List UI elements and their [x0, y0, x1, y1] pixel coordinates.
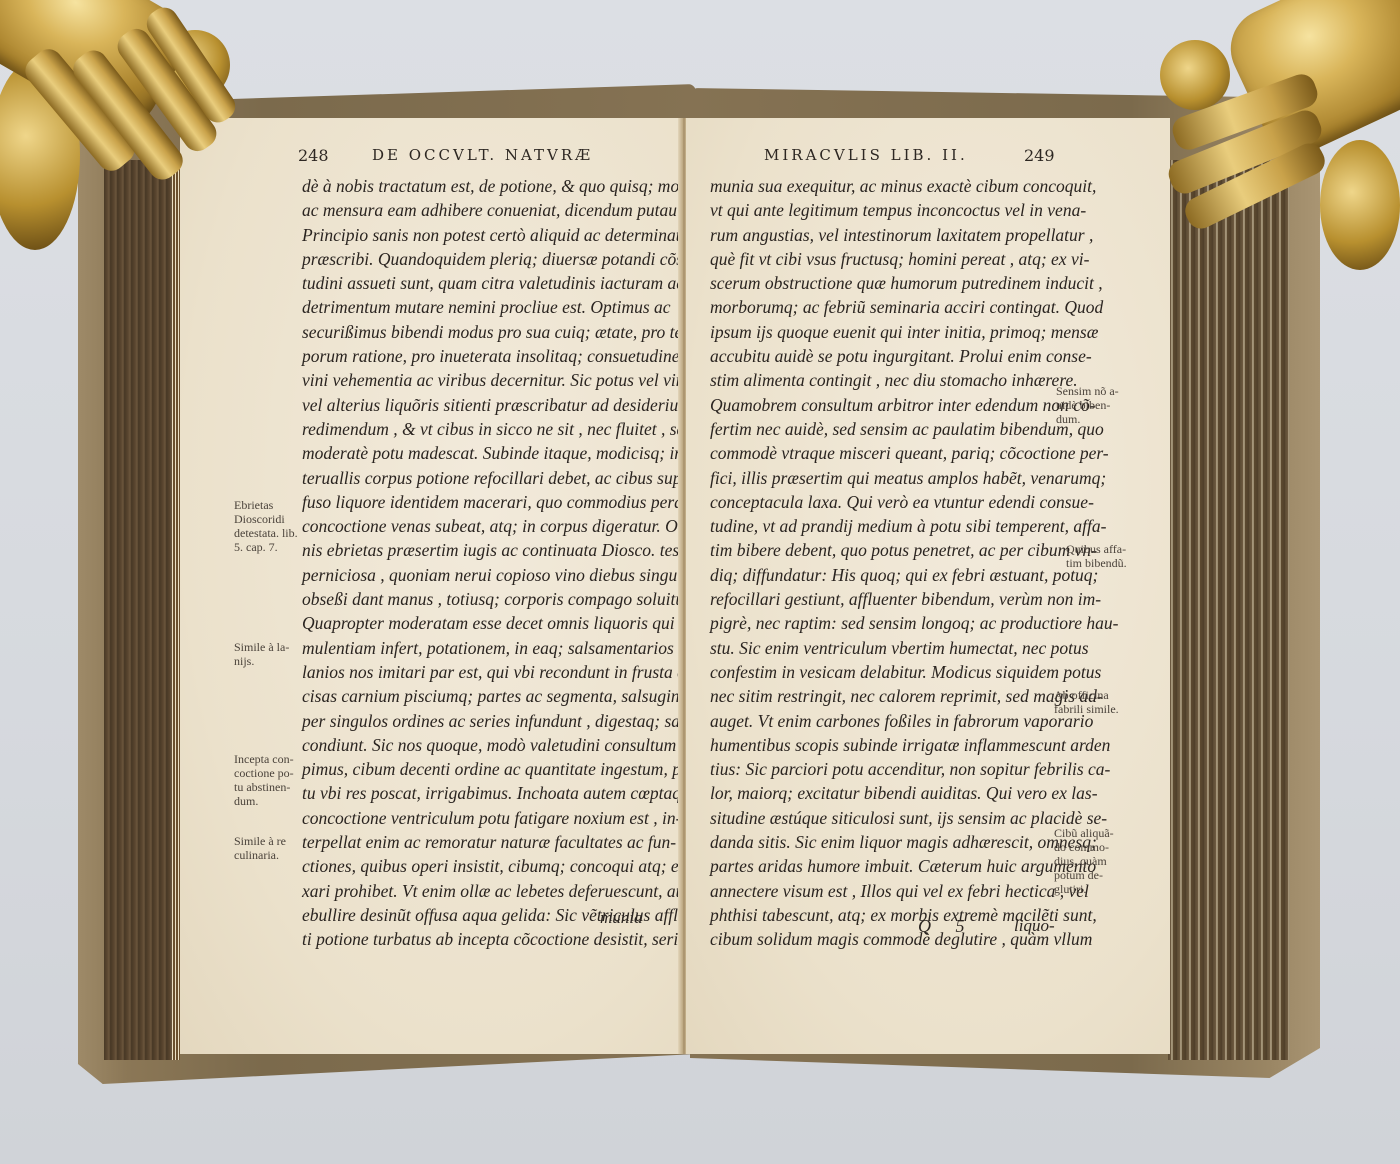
catchword: liquo- — [1014, 916, 1055, 936]
text-line: mulentiam infert, potationem, in eaq; sa… — [302, 636, 715, 660]
marginal-note: Simile à re culinaria. — [234, 834, 286, 862]
page-number: 249 — [1024, 146, 1055, 165]
text-line: tudini assueti sunt, quam citra valetudi… — [302, 271, 715, 295]
text-line: refocillari gestiunt, affluenter bibendu… — [710, 587, 1118, 611]
text-line: redimendum , & vt cibus in sicco ne sit … — [302, 417, 715, 441]
text-line: scerum obstructione quæ humorum putredin… — [710, 271, 1118, 295]
text-line: tius: Sic parciori potu accenditur, non … — [710, 757, 1118, 781]
text-line: concoctione ventriculum potu fatigare no… — [302, 806, 715, 830]
marginal-note: Quibus affa- tim bibendũ. — [1066, 542, 1127, 570]
text-line: ctiones, quibus operi insistit, cibumq; … — [302, 854, 715, 878]
text-line: teruallis corpus potione refocillari deb… — [302, 466, 715, 490]
text-line: munia sua exequitur, ac minus exactè cib… — [710, 174, 1118, 198]
page-number: 248 — [298, 146, 329, 165]
text-line: stu. Sic enim ventriculum vbertim humect… — [710, 636, 1118, 660]
text-line: xari prohibet. Vt enim ollæ ac lebetes d… — [302, 879, 715, 903]
right-page: MIRACVLIS LIB. II. 249 munia sua exequit… — [686, 118, 1170, 1054]
left-page: 248 DE OCCVLT. NATVRÆ dè à nobis tractat… — [180, 118, 680, 1054]
marginal-note: Incepta con- coctione po- tu abstinen- d… — [234, 752, 294, 808]
signature-mark: Q 5 — [918, 916, 975, 937]
page-edges-left — [104, 160, 180, 1060]
text-line: pimus, cibum decenti ordine ac quantitat… — [302, 757, 715, 781]
text-line: concoctione venas subeat, atq; in corpus… — [302, 514, 715, 538]
marginal-note: Ebrietas Dioscoridi detestata. lib. 5. c… — [234, 498, 298, 554]
text-line: conceptacula laxa. Qui verò ea vtuntur e… — [710, 490, 1118, 514]
running-head: MIRACVLIS LIB. II. — [764, 146, 968, 164]
text-line: vini vehementia ac viribus decernitur. S… — [302, 368, 715, 392]
text-line: perniciosa , quoniam nerui copioso vino … — [302, 563, 715, 587]
text-line: obseßi dant manus , totiusq; corporis co… — [302, 587, 715, 611]
text-line: porum ratione, pro inueterata insolitaq;… — [302, 344, 715, 368]
catchword: munia — [600, 908, 643, 928]
text-line: accubitu auidè se potu ingurgitant. Prol… — [710, 344, 1118, 368]
text-line: ac mensura eam adhibere conueniat, dicen… — [302, 198, 715, 222]
page-edges-right — [1168, 160, 1290, 1060]
text-line: lanios nos imitari par est, qui vbi reco… — [302, 660, 715, 684]
text-line: tu vbi res poscat, irrigabimus. Inchoata… — [302, 781, 715, 805]
text-line: ebullire desinũt offusa aqua gelida: Sic… — [302, 903, 715, 927]
body-text: dè à nobis tractatum est, de potione, & … — [302, 174, 715, 952]
text-line: fuso liquore identidem macerari, quo com… — [302, 490, 715, 514]
text-line: diq; diffundatur: His quoq; qui ex febri… — [710, 563, 1118, 587]
text-line: cibum solidum magis commodè deglutire , … — [710, 927, 1118, 951]
text-line: præscribi. Quandoquidem plerią; diuersæ … — [302, 247, 715, 271]
text-line: commodè vtraque misceri queant, pariq; c… — [710, 441, 1118, 465]
running-head: DE OCCVLT. NATVRÆ — [372, 146, 593, 164]
text-line: cisas carnium pisciumq; partes ac segmen… — [302, 684, 715, 708]
marginal-note: Sensim nõ a- uidè biben- dum. — [1056, 384, 1119, 426]
text-line: pigrè, nec raptim: sed sensim longoq; ac… — [710, 611, 1118, 635]
text-line: rum angustias, vel intestinorum laxitate… — [710, 223, 1118, 247]
text-line: vt qui ante legitimum tempus inconcoctus… — [710, 198, 1118, 222]
text-line: condiunt. Sic nos quoque, modò valetudin… — [302, 733, 715, 757]
text-line: Quapropter moderatam esse decet omnis li… — [302, 611, 715, 635]
text-line: phthisi tabescunt, atq; ex morbis extrem… — [710, 903, 1118, 927]
text-line: moderatè potu madescat. Subinde itaque, … — [302, 441, 715, 465]
ornament-icon — [1160, 40, 1230, 110]
text-line: per singulos ordines ac series infundunt… — [302, 709, 715, 733]
text-line: què fit vt cibi vsus fructusq; homini pe… — [710, 247, 1118, 271]
text-line: Principio sanis non potest certò aliquid… — [302, 223, 715, 247]
text-line: detrimentum mutare nemini procliue est. … — [302, 295, 715, 319]
text-line: vel alterius liquõris sitienti præscriba… — [302, 393, 715, 417]
text-line: terpellat enim ac remoratur naturæ facul… — [302, 830, 715, 854]
marginal-note: Simile à la- nijs. — [234, 640, 289, 668]
marginal-note: Cibũ aliquã- do commo- dius, quàm potum … — [1054, 826, 1114, 896]
text-line: fici, illis præsertim qui meatus amplos … — [710, 466, 1118, 490]
text-line: securißimus bibendi modus pro sua cuiq; … — [302, 320, 715, 344]
text-line: confestim in vesicam delabitur. Modicus … — [710, 660, 1118, 684]
text-line: dè à nobis tractatum est, de potione, & … — [302, 174, 715, 198]
text-line: lor, maiorq; excitatur bibendi auiditas.… — [710, 781, 1118, 805]
text-line: tim bibere debent, quo potus penetret, a… — [710, 538, 1118, 562]
text-line: ipsum ijs quoque euenit qui inter initia… — [710, 320, 1118, 344]
text-line: humentibus scopis subinde irrigatæ infla… — [710, 733, 1118, 757]
text-line: morborumq; ac febriũ seminaria acciri co… — [710, 295, 1118, 319]
text-line: nis ebrietas præsertim iugis ac continua… — [302, 538, 715, 562]
text-line: tudine, vt ad prandij medium à potu sibi… — [710, 514, 1118, 538]
ornament-icon — [1320, 140, 1400, 270]
marginal-note: Ab officina fabrili simile. — [1054, 688, 1119, 716]
text-line: ti potione turbatus ab incepta cõcoction… — [302, 927, 715, 951]
